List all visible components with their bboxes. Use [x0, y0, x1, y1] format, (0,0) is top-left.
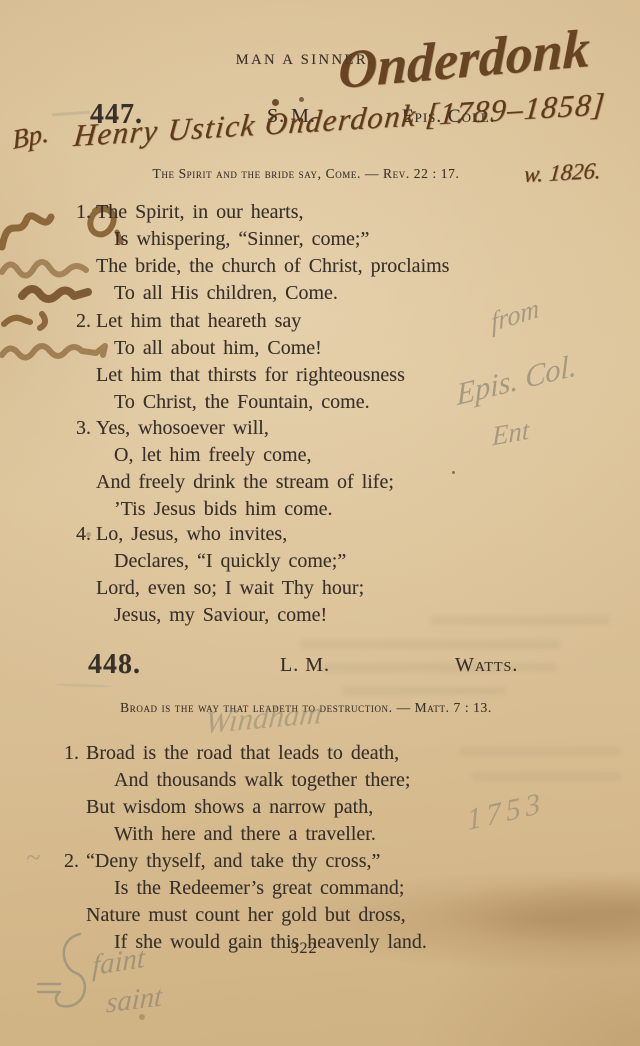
hymn-448-meter: L. M.	[280, 654, 330, 677]
verse-line: Declares, “I quickly come;”	[114, 548, 364, 575]
pencil-note-saint: saint	[105, 980, 163, 1020]
hymn-447-verse-1: 1. The Spirit, in our hearts, Is whisper…	[76, 199, 449, 307]
verse-number: 1.	[64, 740, 79, 767]
showthrough-text-ghost	[322, 663, 557, 672]
verse-line: And freely drink the stream of life;	[96, 469, 394, 496]
verse-line: Is the Redeemer’s great command;	[114, 875, 427, 902]
ink-speck	[299, 97, 304, 102]
verse-line: ’Tis Jesus bids him come.	[114, 496, 394, 523]
hymn-447-verse-4: 4. Lo, Jesus, who invites, Declares, “I …	[76, 521, 364, 629]
verse-line: Is whispering, “Sinner, come;”	[114, 226, 449, 253]
verse-line: Let him that thirsts for righteousness	[96, 362, 405, 389]
showthrough-text-ghost	[460, 747, 620, 756]
verse-line: The Spirit, in our hearts,	[96, 199, 449, 226]
verse-line: Lo, Jesus, who invites,	[96, 521, 364, 548]
verse-line: The bride, the church of Christ, proclai…	[96, 253, 449, 280]
verse-line: To Christ, the Fountain, come.	[114, 389, 405, 416]
verse-line: Let him that heareth say	[96, 308, 405, 335]
verse-line: But wisdom shows a narrow path,	[86, 794, 410, 821]
verse-line: Broad is the road that leads to death,	[86, 740, 410, 767]
showthrough-text-ghost	[300, 640, 560, 649]
verse-number: 3.	[76, 415, 91, 442]
hymn-447-verse-3: 3. Yes, whosoever will, O, let him freel…	[76, 415, 394, 523]
verse-line: O, let him freely come,	[114, 442, 394, 469]
pencil-dash	[55, 683, 113, 688]
hymn-447-scripture: The Spirit and the bride say, Come. — Re…	[0, 166, 612, 182]
pencil-note-ent: Ent	[492, 415, 529, 453]
verse-line: To all His children, Come.	[114, 280, 449, 307]
pencil-dash	[52, 111, 90, 117]
verse-number: 2.	[76, 308, 91, 335]
verse-line: With here and there a traveller.	[114, 821, 410, 848]
hymn-448-author: Watts.	[455, 654, 518, 677]
pencil-note-year-1753: 1753	[466, 786, 547, 838]
verse-line: Yes, whosoever will,	[96, 415, 394, 442]
pencil-tilde-mark: ~	[26, 843, 40, 873]
verse-number: 1.	[76, 199, 91, 226]
verse-line: Lord, even so; I wait Thy hour;	[96, 575, 364, 602]
verse-line: Nature must count her gold but dross,	[86, 902, 427, 929]
ink-speck	[452, 471, 455, 474]
pencil-note-from: from	[490, 292, 541, 338]
hymn-448-number: 448.	[88, 649, 141, 681]
page-number: 322	[0, 940, 608, 958]
hymn-448-verse-1: 1. Broad is the road that leads to death…	[64, 740, 410, 848]
verse-line: To all about him, Come!	[114, 335, 405, 362]
verse-line: “Deny thyself, and take thy cross,”	[86, 848, 427, 875]
hymn-447-verse-2: 2. Let him that heareth say To all about…	[76, 308, 405, 416]
verse-number: 4.	[76, 521, 91, 548]
showthrough-text-ghost	[472, 772, 622, 781]
verse-line: And thousands walk together there;	[114, 767, 410, 794]
verse-line: Jesus, my Saviour, come!	[114, 602, 364, 629]
handwritten-bp-abbrev: Bp.	[11, 117, 49, 156]
verse-number: 2.	[64, 848, 79, 875]
pencil-note-faint: faint	[92, 942, 145, 984]
showthrough-text-ghost	[430, 616, 610, 625]
hymnal-page-scan: MAN A SINNER. Onderdonk 447. S. M. Epis.…	[0, 0, 640, 1046]
showthrough-text-ghost	[342, 687, 507, 695]
pencil-note-epis-col: Epis. Col.	[456, 347, 577, 414]
